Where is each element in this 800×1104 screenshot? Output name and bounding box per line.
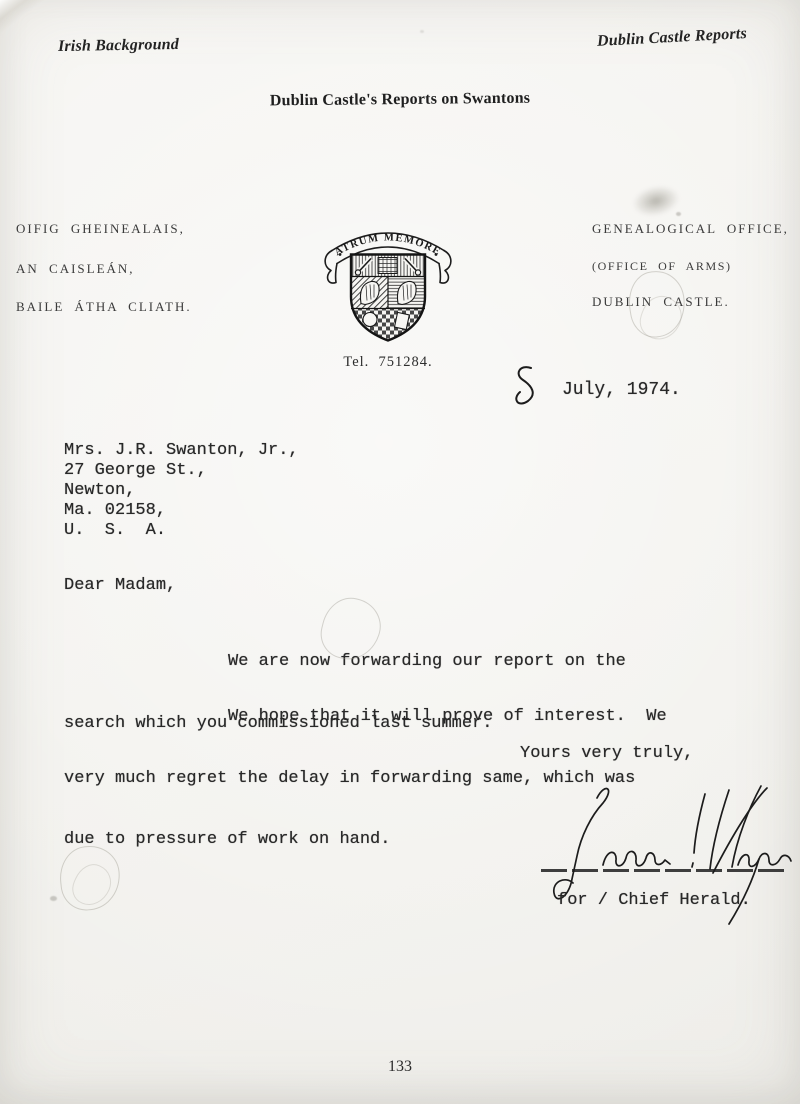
telephone-number: Tel. 751284.	[312, 354, 464, 371]
recipient-address-line: Mrs. J.R. Swanton, Jr.,	[64, 441, 299, 462]
letterhead-irish-line: BAILE ÁTHA CLIATH.	[16, 299, 192, 315]
recipient-address-line: U. S. A.	[64, 521, 166, 542]
crest-coat-of-arms-icon: PATRUM MEMORES	[310, 208, 466, 358]
handwritten-date-day	[511, 363, 541, 411]
salutation: Dear Madam,	[64, 576, 176, 597]
scan-speck	[676, 212, 681, 216]
page-title: Dublin Castle's Reports on Swantons	[0, 87, 800, 113]
scan-speck	[420, 30, 424, 33]
recipient-address-line: Newton,	[64, 481, 135, 502]
letterhead-irish-line: AN CAISLEÁN,	[16, 261, 135, 277]
running-head-right: Dublin Castle Reports	[597, 25, 748, 51]
running-head-left: Irish Background	[58, 36, 179, 56]
recipient-address-line: 27 George St.,	[64, 461, 207, 482]
date-typed: July, 1974.	[562, 380, 681, 400]
letterhead-english-line: GENEALOGICAL OFFICE,	[592, 221, 789, 237]
scan-speck	[50, 896, 57, 901]
page-number: 133	[0, 1058, 800, 1076]
body-line: We hope that it will prove of interest. …	[64, 707, 667, 728]
stain-smudge-top-right	[629, 181, 682, 220]
signed-for-line: for / Chief Herald.	[557, 891, 751, 912]
closing-valediction: Yours very truly,	[520, 744, 693, 765]
scanned-letter-page: Irish Background Dublin Castle Reports D…	[0, 0, 800, 1104]
letterhead-irish-line: OIFIG GHEINEALAIS,	[16, 221, 185, 237]
recipient-address-line: Ma. 02158,	[64, 501, 166, 522]
scan-corner-crease	[0, 0, 56, 45]
